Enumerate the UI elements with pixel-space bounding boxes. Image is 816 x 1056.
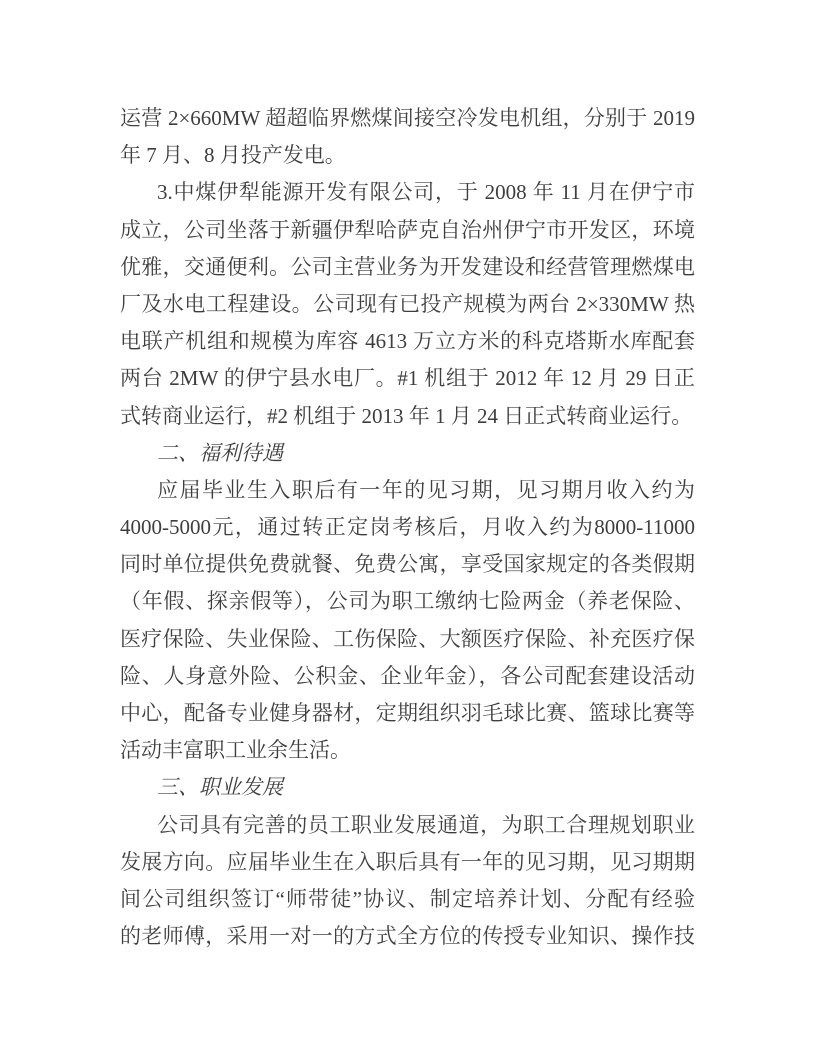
- text-line: 运营 2×660MW 超超临界燃煤间接空冷发电机组，分别于 2019: [120, 100, 695, 137]
- text-line: 成立，公司坐落于新疆伊犁哈萨克自治州伊宁市开发区，环境: [120, 212, 695, 249]
- text-line: （年假、探亲假等），公司为职工缴纳七险两金（养老保险、: [120, 583, 695, 620]
- text-line: 式转商业运行，#2 机组于 2013 年 1 月 24 日正式转商业运行。: [120, 398, 695, 435]
- text-line: 活动丰富职工业余生活。: [120, 732, 695, 769]
- text-line: 发展方向。应届毕业生在入职后具有一年的见习期，见习期期: [120, 844, 695, 881]
- text-line: 3.中煤伊犁能源开发有限公司，于 2008 年 11 月在伊宁市: [120, 174, 695, 211]
- text-line: 年 7 月、8 月投产发电。: [120, 137, 695, 174]
- text-line: 医疗保险、失业保险、工伤保险、大额医疗保险、补充医疗保: [120, 621, 695, 658]
- section-heading: 二、福利待遇: [120, 435, 695, 472]
- text-line: 厂及水电工程建设。公司现有已投产规模为两台 2×330MW 热: [120, 286, 695, 323]
- section-heading: 三、职业发展: [120, 769, 695, 806]
- text-line: 公司具有完善的员工职业发展通道，为职工合理规划职业: [120, 807, 695, 844]
- text-line: 4000-5000元，通过转正定岗考核后，月收入约为8000-11000元，: [120, 509, 695, 546]
- text-line: 间公司组织签订“师带徒”协议、制定培养计划、分配有经验: [120, 881, 695, 918]
- text-line: 优雅，交通便利。公司主营业务为开发建设和经营管理燃煤电: [120, 249, 695, 286]
- text-line: 险、人身意外险、公积金、企业年金），各公司配套建设活动: [120, 658, 695, 695]
- text-line: 同时单位提供免费就餐、免费公寓，享受国家规定的各类假期: [120, 546, 695, 583]
- text-line: 中心，配备专业健身器材，定期组织羽毛球比赛、篮球比赛等: [120, 695, 695, 732]
- text-line: 的老师傅，采用一对一的方式全方位的传授专业知识、操作技: [120, 918, 695, 955]
- text-line: 应届毕业生入职后有一年的见习期，见习期月收入约为: [120, 472, 695, 509]
- page-content: 运营 2×660MW 超超临界燃煤间接空冷发电机组，分别于 2019年 7 月、…: [120, 100, 695, 955]
- document-page: 运营 2×660MW 超超临界燃煤间接空冷发电机组，分别于 2019年 7 月、…: [0, 0, 816, 1056]
- text-line: 电联产机组和规模为库容 4613 万立方米的科克塔斯水库配套: [120, 323, 695, 360]
- text-line: 两台 2MW 的伊宁县水电厂。#1 机组于 2012 年 12 月 29 日正: [120, 360, 695, 397]
